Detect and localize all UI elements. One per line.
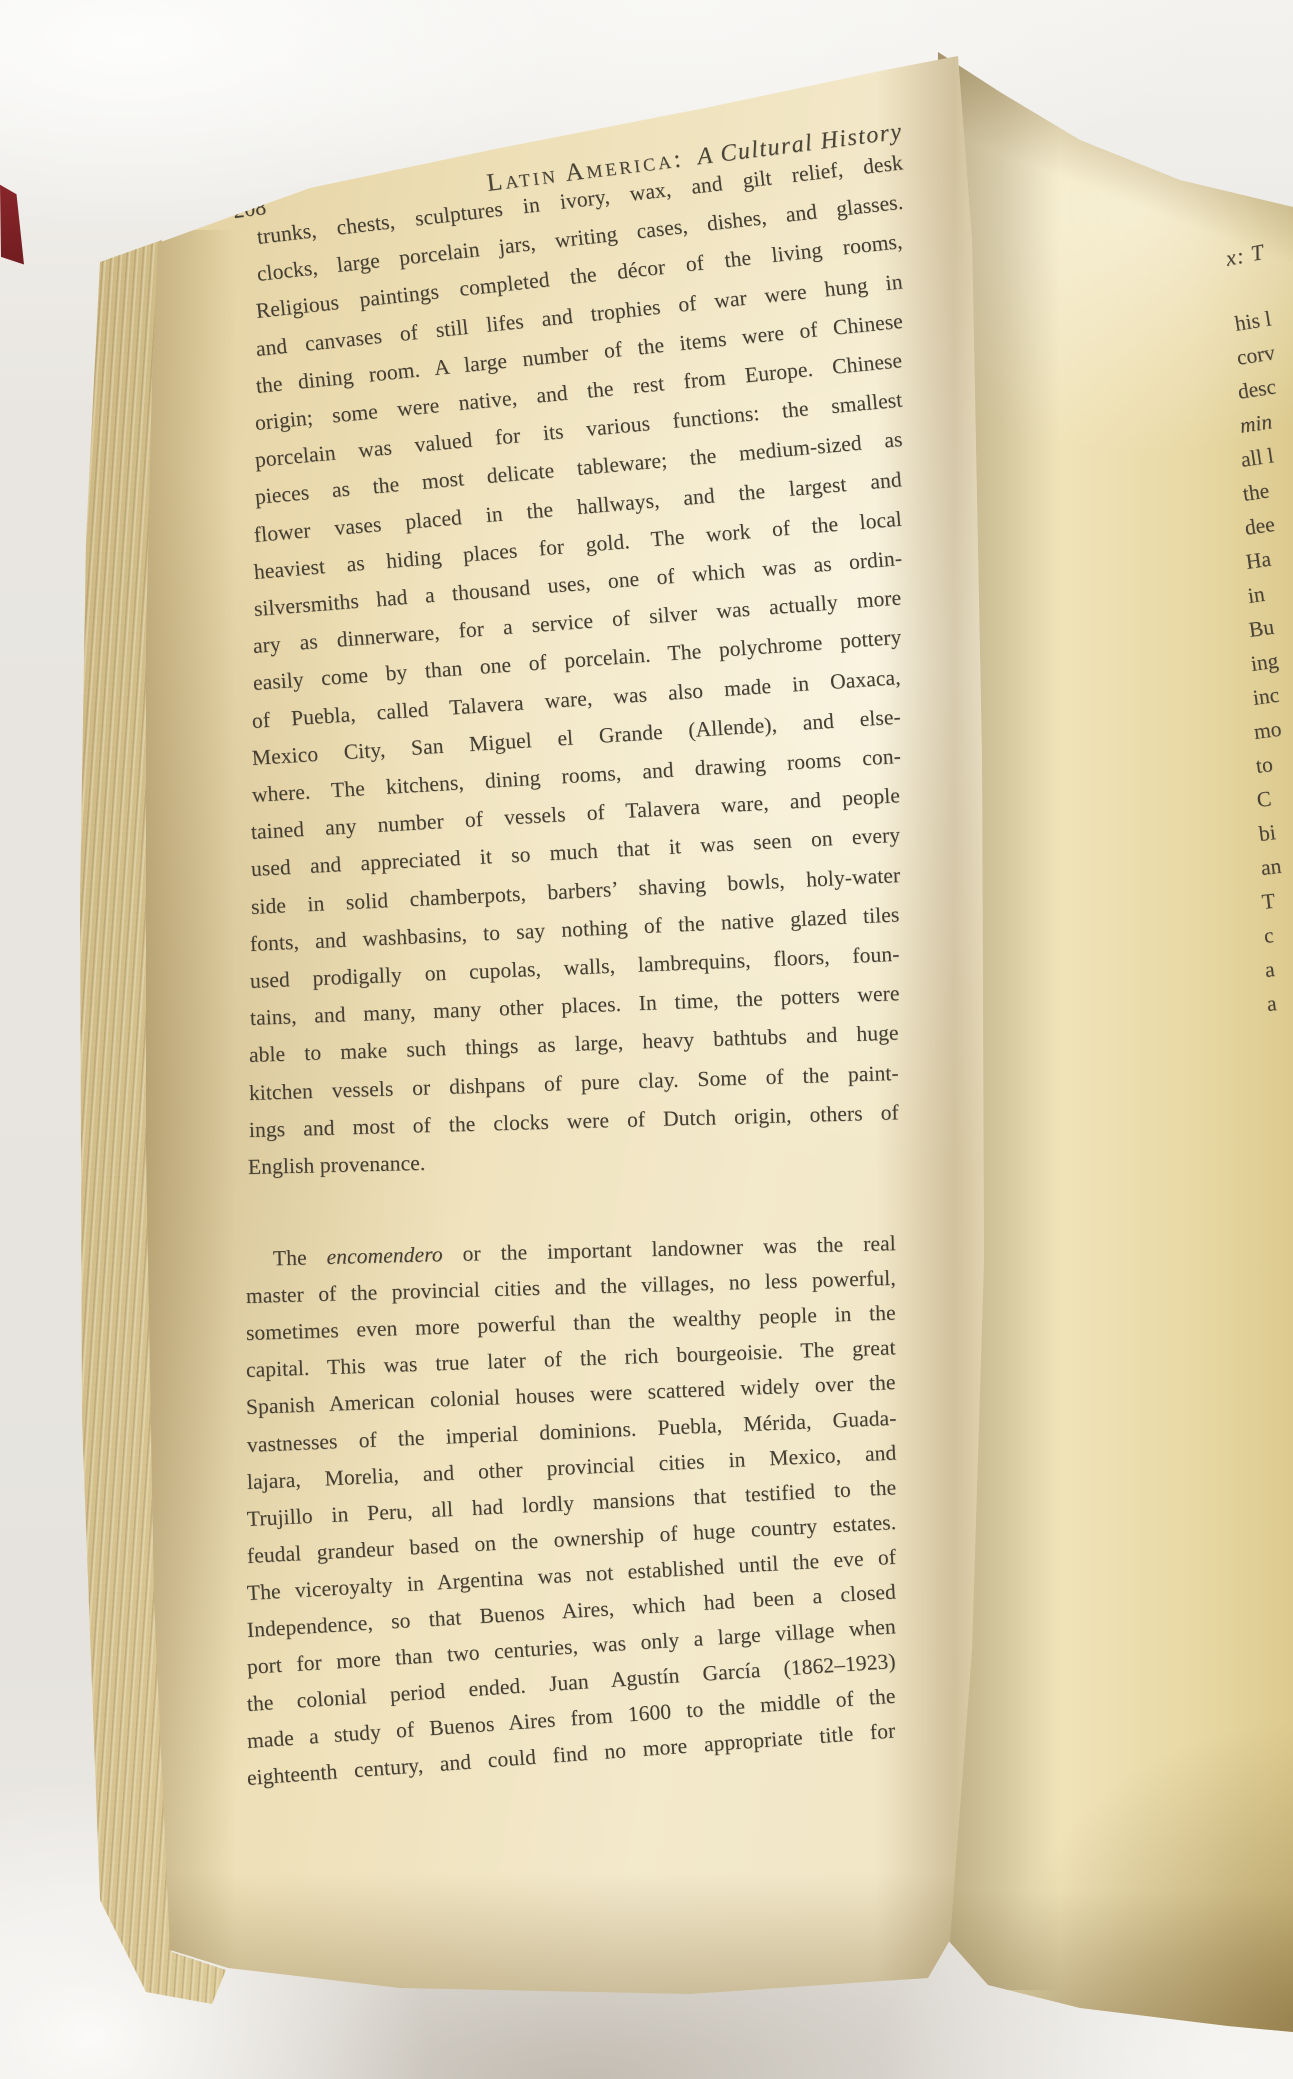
facing-text-fragment: an: [1259, 854, 1282, 881]
facing-text-fragment: Bu: [1248, 615, 1276, 643]
facing-text-fragment: C: [1256, 786, 1273, 813]
facing-text-fragment: c: [1262, 923, 1274, 949]
book-photo: x: T his lcorvdescminall lthedeeHainBuin…: [0, 0, 1293, 2079]
facing-text-fragment: all l: [1240, 443, 1276, 473]
facing-text-fragment: a: [1264, 957, 1276, 983]
body-text-line: kitchen vessels or dishpans of pure clay…: [249, 1062, 899, 1105]
facing-text-fragment: bi: [1258, 820, 1278, 847]
facing-text-fragment: a: [1266, 991, 1278, 1017]
body-text-line: ings and most of the clocks were of Dutc…: [248, 1101, 898, 1142]
facing-text-fragment: his l: [1233, 306, 1273, 336]
body-text-line: able to make such things as large, heavy…: [249, 1022, 899, 1068]
facing-text-fragment: mo: [1253, 717, 1283, 745]
body-text-line: English provenance.: [248, 1141, 898, 1180]
facing-text-fragment: ing: [1249, 649, 1280, 677]
facing-text-fragment: inc: [1251, 683, 1280, 711]
facing-text-fragment: T: [1261, 889, 1277, 915]
facing-text-fragment: dee: [1243, 512, 1276, 541]
facing-running-head-text: x: T: [1224, 239, 1267, 271]
body-text-line: The encomendero or the important landown…: [246, 1232, 896, 1271]
facing-text-fragment: to: [1254, 752, 1274, 779]
facing-text-fragment: the: [1241, 478, 1271, 507]
facing-text-fragment: min: [1238, 409, 1274, 439]
body-text-line: master of the provincial cities and the …: [246, 1267, 896, 1308]
facing-text-fragment: Ha: [1244, 547, 1272, 575]
facing-text-fragment: desc: [1236, 374, 1278, 404]
facing-text-fragment: corv: [1235, 340, 1277, 371]
facing-running-head: x: T: [1224, 239, 1267, 272]
facing-text-fragment: in: [1246, 582, 1266, 609]
